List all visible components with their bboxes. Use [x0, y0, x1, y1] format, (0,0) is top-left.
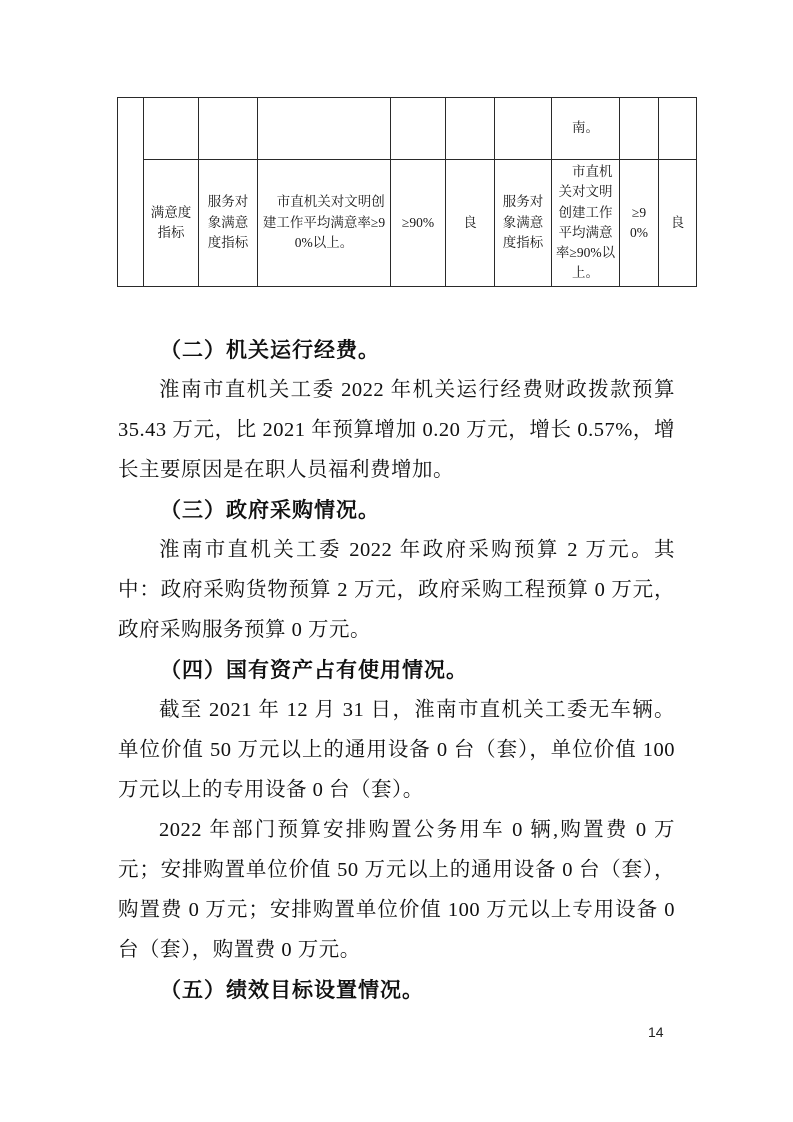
section-4-paragraph-1: 截至 2021 年 12 月 31 日，淮南市直机关工委无车辆。单位价值 50 …	[118, 690, 675, 810]
section-2-paragraph: 淮南市直机关工委 2022 年机关运行经费财政拨款预算 35.43 万元，比 2…	[118, 370, 675, 490]
table-cell-indicator2-grade: 良	[659, 160, 697, 287]
document-body: （二）机关运行经费。 淮南市直机关工委 2022 年机关运行经费财政拨款预算 3…	[118, 330, 675, 1010]
table-cell-empty	[391, 98, 446, 160]
section-3-paragraph: 淮南市直机关工委 2022 年政府采购预算 2 万元。其中：政府采购货物预算 2…	[118, 530, 675, 650]
table-cell-empty	[199, 98, 258, 160]
table-cell-empty	[258, 98, 391, 160]
section-heading-2: （二）机关运行经费。	[118, 330, 675, 370]
table-cell-empty	[446, 98, 495, 160]
section-heading-5: （五）绩效目标设置情况。	[118, 970, 675, 1010]
table-cell-indicator2-desc: 市直机关对文明创建工作平均满意率≥90%以上。	[552, 160, 620, 287]
section-heading-3: （三）政府采购情况。	[118, 490, 675, 530]
section-4-paragraph-2: 2022 年部门预算安排购置公务用车 0 辆,购置费 0 万元；安排购置单位价值…	[118, 810, 675, 970]
performance-indicator-table: 南。 满意度指标 服务对象满意度指标 市直机关对文明创建工作平均满意率≥90%以…	[117, 97, 697, 287]
table-cell-empty	[144, 98, 199, 160]
table-cell-indicator2-name: 服务对象满意度指标	[495, 160, 552, 287]
section-heading-4: （四）国有资产占有使用情况。	[118, 650, 675, 690]
table-cell-empty	[495, 98, 552, 160]
table-cell-indicator1-desc: 市直机关对文明创建工作平均满意率≥90%以上。	[258, 160, 391, 287]
table-cell-indicator1-grade: 良	[446, 160, 495, 287]
page-number: 14	[648, 1024, 664, 1040]
table-cell-left-gutter	[118, 98, 144, 287]
table-cell-spillover-text: 南。	[552, 98, 620, 160]
document-page: 南。 满意度指标 服务对象满意度指标 市直机关对文明创建工作平均满意率≥90%以…	[0, 0, 793, 1122]
table-cell-indicator2-target: ≥90%	[620, 160, 659, 287]
table-cell-indicator1-name: 服务对象满意度指标	[199, 160, 258, 287]
table-cell-empty	[659, 98, 697, 160]
table-cell-indicator-category: 满意度指标	[144, 160, 199, 287]
table-cell-indicator1-target: ≥90%	[391, 160, 446, 287]
table-cell-empty	[620, 98, 659, 160]
